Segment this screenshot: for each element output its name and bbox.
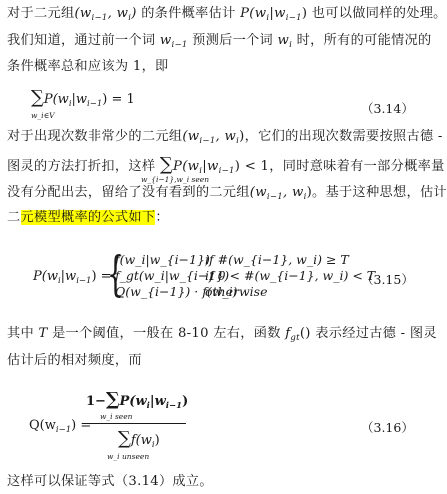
text: P(w	[240, 6, 266, 21]
text: (w	[182, 129, 199, 144]
subscript: i−1	[76, 276, 91, 286]
text: ) =	[71, 418, 91, 433]
text: w	[278, 33, 290, 48]
math-tuple: (wi−1, wi	[250, 185, 307, 200]
sum-subscript: w_i seen	[100, 412, 133, 421]
text: (w	[74, 6, 91, 21]
highlighted-text: 元模型概率的公式如下	[21, 210, 156, 225]
subscript: i−1	[91, 13, 107, 23]
case-3-condition: otherwise	[205, 284, 267, 299]
subscript: i−1	[166, 401, 182, 411]
paragraph-2-line-3: 没有分配出去，留给了没有看到的二元组(wi−1, wi)。基于这种思想，估计	[7, 185, 447, 205]
sigma-symbol: ∑	[106, 389, 120, 410]
text: () 表示经过古德 - 图灵	[300, 326, 437, 341]
text: 的条件概率估计	[137, 6, 240, 21]
math-tuple: (wi−1, wi	[182, 129, 239, 144]
equation-3-16-lhs: Q(wi−1) =	[29, 418, 91, 435]
subscript: i−1	[56, 425, 71, 435]
paragraph-2-line-1: 对于出现次数非常少的二元组(wi−1, wi)，它们的出现次数需要按照古德 -	[7, 129, 443, 149]
text: 预测后一个词	[188, 33, 278, 48]
equation-number: （3.15）	[361, 270, 414, 288]
text: f(w	[131, 433, 152, 448]
text: |w	[72, 92, 88, 107]
equation-number: （3.16）	[361, 418, 414, 436]
text: P(w	[173, 159, 199, 174]
text: ) < 1	[235, 159, 269, 174]
paragraph-1-line-3: 条件概率总和应该为 1，即	[7, 59, 169, 75]
text: 对于二元组	[7, 6, 74, 21]
sum-subscript: w_i∈V	[31, 111, 55, 120]
math-tuple: (wi−1, wi)	[74, 6, 136, 21]
text: )。基于这种思想，估计	[307, 185, 447, 200]
case-2-condition: if 0 < #(w_{i−1}, w_i) < T	[205, 268, 375, 283]
text: 时，所有的可能情况的	[292, 33, 431, 48]
case-1-expr: f(w_i|w_{i−1})	[115, 252, 210, 267]
text: 是一个阈值，一般在 8-10 左右，函数	[48, 326, 286, 341]
case-1-condition: if #(w_{i−1}, w_i) ≥ T	[205, 252, 349, 267]
text: Q(w	[29, 418, 56, 433]
text: 我们知道，通过前一个词	[7, 33, 160, 48]
sum-subscript: w_i unseen	[107, 452, 149, 461]
text: , w	[108, 6, 129, 21]
subscript: i−1	[267, 192, 283, 202]
text: 二	[7, 210, 21, 225]
sigma-symbol: ∑	[118, 428, 131, 449]
text: P(w	[120, 394, 147, 409]
text: P(w	[33, 269, 58, 284]
text: ：	[155, 210, 169, 225]
text: 其中	[7, 326, 38, 341]
paragraph-2-line-2: 图灵的方法打折扣，这样 ∑P(wi|wi−1) < 1，同时意味着有一部分概率量	[7, 156, 445, 179]
equation-3-15-lhs: P(wi|wi−1) =	[33, 269, 112, 286]
text: 对于出现次数非常少的二元组	[7, 129, 182, 144]
text: |w	[61, 269, 77, 284]
text: |w	[150, 394, 166, 409]
sum-subscript: w_{i−1},w_i seen	[141, 175, 209, 184]
paragraph-1-line-1: 对于二元组(wi−1, wi) 的条件概率估计 P(wi|wi−1) 也可以做同…	[7, 6, 447, 26]
paragraph-3-line-1: 其中 T 是一个阈值，一般在 8-10 左右，函数 fgt() 表示经过古德 -…	[7, 326, 437, 346]
math-w: wi	[278, 33, 293, 48]
paragraph-2-line-4: 二元模型概率的公式如下：	[7, 210, 169, 226]
text: ) = 1	[102, 92, 135, 107]
text: 没有分配出去，留给了没有看到的二元组	[7, 185, 250, 200]
equation-number: （3.14）	[361, 99, 414, 117]
text: , w	[216, 129, 237, 144]
math-T: T	[38, 326, 47, 341]
text: |w	[202, 159, 218, 174]
fraction-bar	[86, 423, 186, 424]
paragraph-1-line-2: 我们知道，通过前一个词 wi−1 预测后一个词 wi 时，所有的可能情况的	[7, 33, 432, 53]
sigma-symbol: ∑	[31, 87, 44, 108]
sigma-symbol: ∑	[160, 154, 173, 175]
numerator: 1−∑P(wi|wi−1)	[86, 391, 188, 411]
subscript: i−1	[87, 99, 102, 109]
text: )	[155, 433, 160, 448]
subscript: i−1	[171, 40, 187, 50]
text: ) 也可以做同样的处理。	[302, 6, 447, 21]
paragraph-4-line-1: 这样可以保证等式（3.14）成立。	[7, 474, 213, 490]
subscript: i−1	[219, 166, 235, 176]
equation-3-14-body: ∑P(wi|wi−1) = 1	[31, 89, 135, 109]
text: , w	[283, 185, 304, 200]
subscript: i−1	[286, 13, 302, 23]
text: (w	[250, 185, 267, 200]
subscript: gt	[290, 333, 299, 343]
subscript: i−1	[199, 136, 215, 146]
denominator: ∑f(wi)	[118, 430, 160, 450]
text: 1−	[86, 394, 106, 409]
paragraph-3-line-2: 估计后的相对频度，而	[7, 353, 142, 369]
math-conditional-prob: P(wi|wi−1	[240, 6, 302, 21]
text: w	[160, 33, 172, 48]
text: )	[182, 394, 188, 409]
text: |w	[269, 6, 285, 21]
math-w: wi−1	[160, 33, 188, 48]
text: )，它们的出现次数需要按照古德 -	[239, 129, 443, 144]
text: P(w	[44, 92, 69, 107]
text: ，同时意味着有一部分概率量	[269, 159, 444, 174]
text: 图灵的方法打折扣，这样	[7, 159, 160, 174]
